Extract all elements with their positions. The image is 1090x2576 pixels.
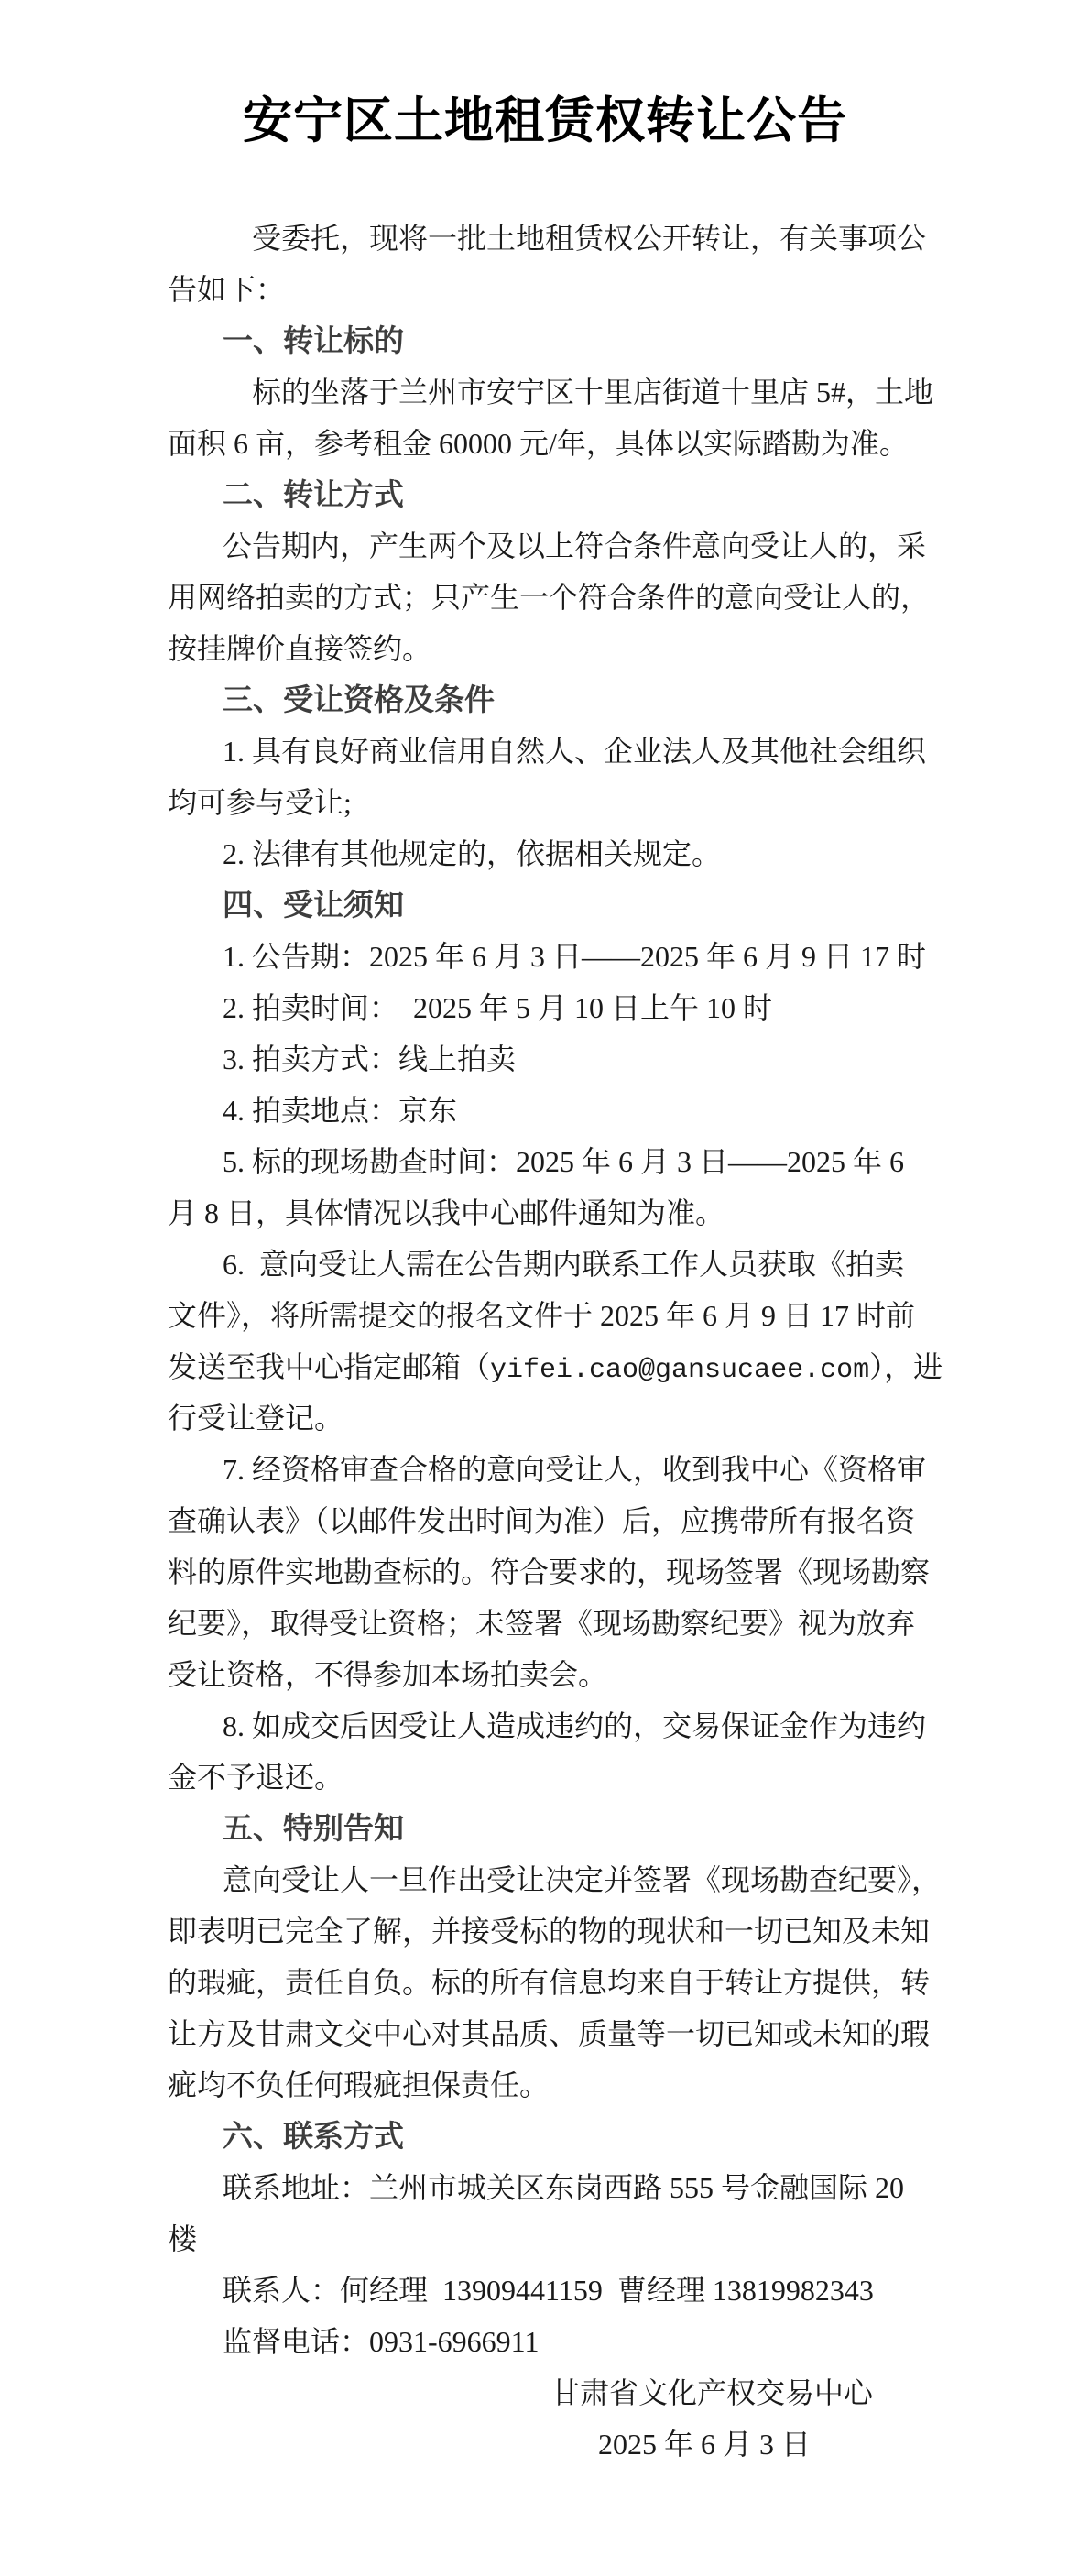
- doc-line: 查确认表》（以邮件发出时间为准）后，应携带所有报名资: [168, 1495, 925, 1546]
- doc-line: 8. 如成交后因受让人造成违约的，交易保证金作为违约: [168, 1700, 925, 1752]
- doc-line: 5. 标的现场勘查时间：2025 年 6 月 3 日——2025 年 6: [168, 1136, 925, 1187]
- section-heading: 五、特别告知: [168, 1803, 925, 1854]
- doc-line: 公告期内，产生两个及以上符合条件意向受让人的，采: [168, 520, 925, 572]
- document-body: 受委托，现将一批土地租赁权公开转让，有关事项公告如下：一、转让标的标的坐落于兰州…: [168, 213, 925, 2470]
- doc-line: 面积 6 亩，参考租金 60000 元/年，具体以实际踏勘为准。: [168, 418, 925, 469]
- doc-line: 金不予退还。: [168, 1752, 925, 1803]
- doc-line: 4. 拍卖地点：京东: [168, 1085, 925, 1136]
- doc-line: 2. 拍卖时间： 2025 年 5 月 10 日上午 10 时: [168, 982, 925, 1033]
- doc-line: 受委托，现将一批土地租赁权公开转让，有关事项公: [168, 213, 925, 264]
- section-heading: 六、联系方式: [168, 2111, 925, 2162]
- doc-line: 文件》，将所需提交的报名文件于 2025 年 6 月 9 日 17 时前: [168, 1290, 925, 1341]
- doc-line: 月 8 日，具体情况以我中心邮件通知为准。: [168, 1187, 925, 1239]
- doc-line: 按挂牌价直接签约。: [168, 623, 925, 674]
- doc-line: 1. 具有良好商业信用自然人、企业法人及其他社会组织: [168, 726, 925, 777]
- doc-line: 意向受让人一旦作出受让决定并签署《现场勘查纪要》，: [168, 1854, 925, 1905]
- doc-text: ），进: [869, 1350, 943, 1383]
- doc-line: 发送至我中心指定邮箱（yifei.cao@gansucaee.com），进: [168, 1341, 925, 1392]
- doc-line: 均可参与受让;: [168, 777, 925, 828]
- doc-line: 纪要》，取得受让资格；未签署《现场勘察纪要》视为放弃: [168, 1598, 925, 1649]
- section-heading: 一、转让标的: [168, 315, 925, 366]
- announcement-page: 安宁区土地租赁权转让公告 受委托，现将一批土地租赁权公开转让，有关事项公告如下：…: [0, 0, 1090, 2576]
- doc-line: 6. 意向受让人需在公告期内联系工作人员获取《拍卖: [168, 1239, 925, 1290]
- doc-line: 让方及甘肃文交中心对其品质、质量等一切已知或未知的瑕: [168, 2008, 925, 2059]
- doc-line: 行受让登记。: [168, 1392, 925, 1444]
- doc-line: 1. 公告期：2025 年 6 月 3 日——2025 年 6 月 9 日 17…: [168, 931, 925, 982]
- doc-line: 受让资格，不得参加本场拍卖会。: [168, 1649, 925, 1700]
- doc-line: 3. 拍卖方式：线上拍卖: [168, 1033, 925, 1085]
- doc-line: 的瑕疵，责任自负。标的所有信息均来自于转让方提供，转: [168, 1957, 925, 2008]
- doc-line: 联系地址：兰州市城关区东岗西路 555 号金融国际 20: [168, 2162, 925, 2213]
- doc-line: 楼: [168, 2213, 925, 2265]
- signature-org: 甘肃省文化产权交易中心: [168, 2367, 925, 2418]
- email-address: yifei.cao@gansucaee.com: [490, 1355, 869, 1386]
- doc-line: 即表明已完全了解，并接受标的物的现状和一切已知及未知: [168, 1905, 925, 1957]
- doc-line: 2. 法律有其他规定的，依据相关规定。: [168, 828, 925, 879]
- section-heading: 四、受让须知: [168, 879, 925, 931]
- doc-line: 7. 经资格审查合格的意向受让人，收到我中心《资格审: [168, 1444, 925, 1495]
- doc-line: 联系人：何经理 13909441159 曹经理 13819982343: [168, 2265, 925, 2316]
- section-heading: 三、受让资格及条件: [168, 674, 925, 726]
- doc-line: 料的原件实地勘查标的。符合要求的，现场签署《现场勘察: [168, 1546, 925, 1598]
- section-heading: 二、转让方式: [168, 469, 925, 520]
- doc-line: 告如下：: [168, 264, 925, 315]
- doc-line: 疵均不负任何瑕疵担保责任。: [168, 2059, 925, 2111]
- doc-line: 标的坐落于兰州市安宁区十里店街道十里店 5#，土地: [168, 366, 925, 418]
- doc-text: 发送至我中心指定邮箱（: [168, 1350, 490, 1383]
- doc-line: 监督电话：0931-6966911: [168, 2316, 925, 2367]
- signature-date: 2025 年 6 月 3 日: [168, 2418, 925, 2470]
- doc-line: 用网络拍卖的方式；只产生一个符合条件的意向受让人的，: [168, 572, 925, 623]
- page-title: 安宁区土地租赁权转让公告: [0, 88, 1090, 154]
